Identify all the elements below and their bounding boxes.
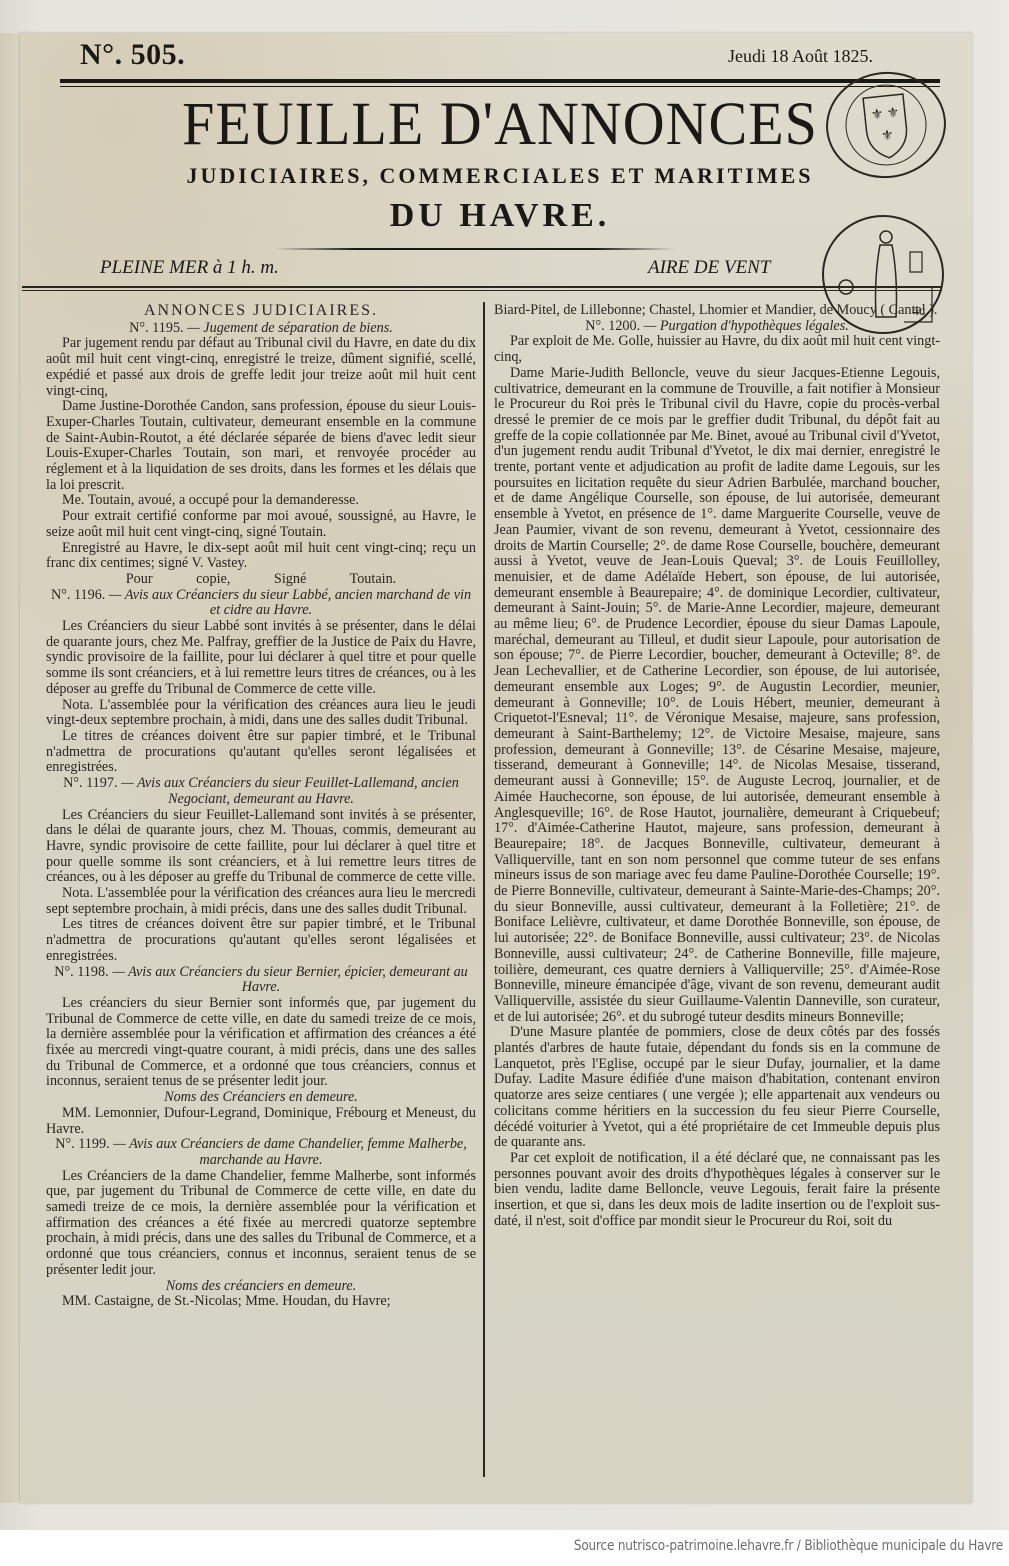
entry-heading: N°. 1198. — Avis aux Créanciers du sieur… <box>46 965 476 996</box>
right-column: Biard-Pitel, de Lillebonne; Chastel, Lho… <box>494 303 940 1229</box>
entry-number: N°. 1198. <box>54 964 108 980</box>
entry-title: — Avis aux Créanciers du sieur Feuillet-… <box>121 775 459 807</box>
newspaper-subtitle: JUDICIAIRES, COMMERCIALES ET MARITIMES <box>60 163 940 189</box>
fleur-de-lis-stamp-icon: ⚜ ⚜ ⚜ <box>821 66 951 184</box>
creditors-list: MM. Lemonnier, Dufour-Legrand, Dominique… <box>46 1106 476 1137</box>
paragraph: Les créanciers du sieur Bernier sont inf… <box>46 996 476 1090</box>
entry-heading: N°. 1197. — Avis aux Créanciers du sieur… <box>46 776 476 807</box>
entry-title: — Avis aux Créanciers de dame Chandelier… <box>113 1136 467 1168</box>
masthead-rule <box>60 79 940 83</box>
paragraph: Les Créanciers du sieur Labbé sont invit… <box>46 619 476 698</box>
paragraph: Par jugement rendu par défaut au Tribuna… <box>46 336 476 399</box>
paragraph: Dame Justine-Dorothée Candon, sans profe… <box>46 399 476 493</box>
coat-of-arms-icon: ⚜ ⚜ ⚜ <box>823 68 949 182</box>
paragraph: D'une Masure plantée de pommiers, close … <box>494 1025 940 1151</box>
issue-number: N°. 505. <box>80 38 185 72</box>
creditors-list-title: Noms des Créanciers en demeure. <box>46 1090 476 1106</box>
source-credit: Source nutrisco-patrimoine.lehavre.fr / … <box>574 1538 1003 1554</box>
entry-heading: N°. 1200. — Purgation d'hypothèques léga… <box>494 319 940 335</box>
paragraph: Dame Marie-Judith Belloncle, veuve du si… <box>494 366 940 1026</box>
masthead-rule-thin <box>60 86 940 87</box>
section-title: ANNONCES JUDICIAIRES. <box>46 303 476 319</box>
entry-heading: N°. 1196. — Avis aux Créanciers du sieur… <box>46 588 476 619</box>
creditors-list-title: Noms des créanciers en demeure. <box>46 1279 476 1295</box>
creditors-list: MM. Castaigne, de St.-Nicolas; Mme. Houd… <box>46 1294 476 1310</box>
paragraph: Le titres de créances doivent être sur p… <box>46 729 476 776</box>
continuation-text: Biard-Pitel, de Lillebonne; Chastel, Lho… <box>494 303 940 319</box>
left-column: ANNONCES JUDICIAIRES. N°. 1195. — Jugeme… <box>46 303 476 1310</box>
svg-text:⚜: ⚜ <box>880 128 894 144</box>
entry-title: — Avis aux Créanciers du sieur Bernier, … <box>112 964 468 996</box>
paragraph: Les Créanciers de la dame Chandelier, fe… <box>46 1169 476 1279</box>
signature: Pour copie, Signé Toutain. <box>46 572 476 588</box>
svg-text:⚜: ⚜ <box>870 107 884 123</box>
entry-title: — Purgation d'hypothèques légales. <box>644 318 849 334</box>
newspaper-city: DU HAVRE. <box>60 197 940 235</box>
paragraph: Par exploit de Me. Golle, huissier au Ha… <box>494 334 940 365</box>
entry-heading: N°. 1199. — Avis aux Créanciers de dame … <box>46 1137 476 1168</box>
paragraph: Par cet exploit de notification, il a ét… <box>494 1151 940 1230</box>
issue-date: Jeudi 18 Août 1825. <box>728 46 873 67</box>
entry-title: — Avis aux Créanciers du sieur Labbé, an… <box>109 587 471 619</box>
paragraph: Nota. L'assemblée pour la vérification d… <box>46 886 476 917</box>
paragraph: Me. Toutain, avoué, a occupé pour la dem… <box>46 493 476 509</box>
wind-info: AIRE DE VENT <box>648 257 770 279</box>
entry-number: N°. 1199. <box>55 1136 109 1152</box>
entry-number: N°. 1196. <box>51 587 105 603</box>
paragraph: Pour extrait certifié conforme par moi a… <box>46 509 476 540</box>
header-double-rule <box>22 286 942 288</box>
paragraph: Enregistré au Havre, le dix-sept août mi… <box>46 541 476 572</box>
paragraph: Les titres de créances doivent être sur … <box>46 917 476 964</box>
column-divider <box>483 302 485 1477</box>
entry-number: N°. 1195. <box>129 320 183 336</box>
entry-heading: N°. 1195. — Jugement de séparation de bi… <box>46 321 476 337</box>
paragraph: Les Créanciers du sieur Feuillet-Lallema… <box>46 808 476 887</box>
entry-number: N°. 1200. <box>585 318 640 334</box>
newspaper-title: FEUILLE D'ANNONCES <box>60 90 940 157</box>
header-double-rule-thin <box>22 290 942 291</box>
tide-info: PLEINE MER à 1 h. m. <box>100 257 279 279</box>
entry-number: N°. 1197. <box>63 775 117 791</box>
ornament-rule <box>275 248 675 250</box>
svg-text:⚜: ⚜ <box>886 106 900 122</box>
paragraph: Nota. L'assemblée pour la vérification d… <box>46 698 476 729</box>
entry-title: — Jugement de séparation de biens. <box>187 320 393 336</box>
